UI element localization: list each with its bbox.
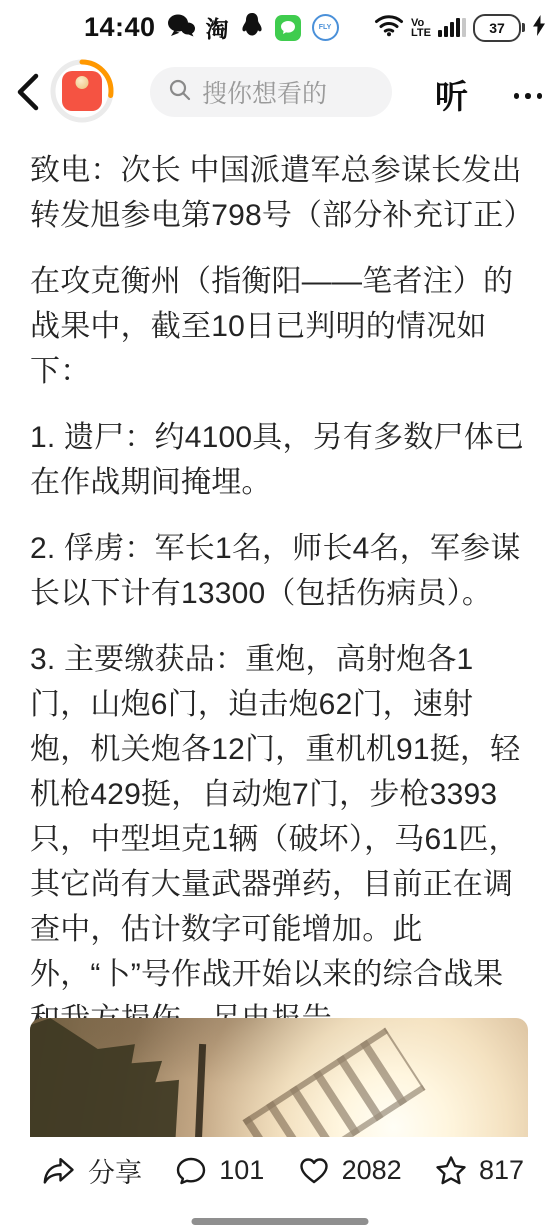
wifi-icon — [374, 13, 404, 42]
comment-count: 101 — [219, 1155, 264, 1186]
home-indicator[interactable] — [192, 1218, 369, 1225]
share-icon — [42, 1156, 76, 1186]
like-count: 2082 — [342, 1155, 402, 1186]
article-paragraph: 1. 遗尸：约4100具，另有多数尸体已在作战期间掩埋。 — [30, 415, 530, 505]
red-envelope-icon — [62, 71, 102, 111]
article-paragraph: 2. 俘虏：军长1名，师长4名，军参谋长以下计有13300（包括伤病员）。 — [30, 526, 530, 616]
ruins-silhouette — [30, 1018, 199, 1137]
favorite-count: 817 — [479, 1155, 524, 1186]
ifly-icon: FLY — [312, 14, 339, 41]
volte-line2: LTE — [411, 28, 431, 38]
trellis-shadow — [243, 1028, 426, 1137]
wechat-icon — [167, 13, 195, 43]
status-right-cluster: Vo LTE 37 — [374, 0, 546, 55]
comment-button[interactable]: 101 — [175, 1155, 264, 1186]
nav-bar: 搜你想看的 听 — [0, 55, 560, 129]
volte-line1: Vo — [411, 18, 431, 28]
envelope-clasp — [76, 76, 89, 89]
bottom-action-bar: 分享 101 2082 817 — [0, 1137, 560, 1232]
heart-icon — [298, 1156, 330, 1185]
search-icon — [168, 78, 192, 107]
article-photo[interactable] — [30, 1018, 528, 1137]
charging-bolt-icon — [532, 15, 546, 41]
signal-bars-icon — [438, 18, 466, 37]
listen-button[interactable]: 听 — [435, 71, 468, 118]
more-menu-button[interactable] — [514, 93, 543, 99]
search-placeholder: 搜你想看的 — [202, 74, 327, 110]
pole-silhouette — [195, 1044, 206, 1137]
search-input[interactable]: 搜你想看的 — [150, 67, 392, 117]
clock-time: 14:40 — [84, 12, 156, 43]
article-paragraph: 在攻克衡州（指衡阳——笔者注）的战果中，截至10日已判明的情况如下： — [30, 259, 530, 394]
taobao-icon: 淘 — [206, 11, 229, 44]
article-paragraph: 致电：次长 中国派遣军总参谋长发出 转发旭参电第798号（部分补充订正） — [30, 148, 530, 238]
reward-progress-badge[interactable] — [50, 59, 114, 123]
comment-icon — [175, 1156, 207, 1186]
favorite-button[interactable]: 817 — [435, 1155, 524, 1186]
like-button[interactable]: 2082 — [298, 1155, 402, 1186]
app-screen: 14:40 淘 FLY Vo LTE 37 — [0, 0, 560, 1232]
star-icon — [435, 1155, 467, 1186]
back-button[interactable] — [14, 72, 40, 112]
messages-icon — [275, 15, 301, 41]
qq-icon — [240, 12, 264, 43]
share-label: 分享 — [88, 1151, 142, 1190]
volte-indicator: Vo LTE — [411, 18, 431, 38]
status-left-cluster: 14:40 淘 FLY — [84, 0, 339, 55]
article-paragraph: 3. 主要缴获品：重炮，高射炮各1门，山炮6门，迫击炮62门，速射炮，机关炮各1… — [30, 637, 530, 1042]
status-bar: 14:40 淘 FLY Vo LTE 37 — [0, 0, 560, 55]
share-button[interactable]: 分享 — [42, 1151, 142, 1190]
battery-indicator: 37 — [473, 14, 521, 42]
